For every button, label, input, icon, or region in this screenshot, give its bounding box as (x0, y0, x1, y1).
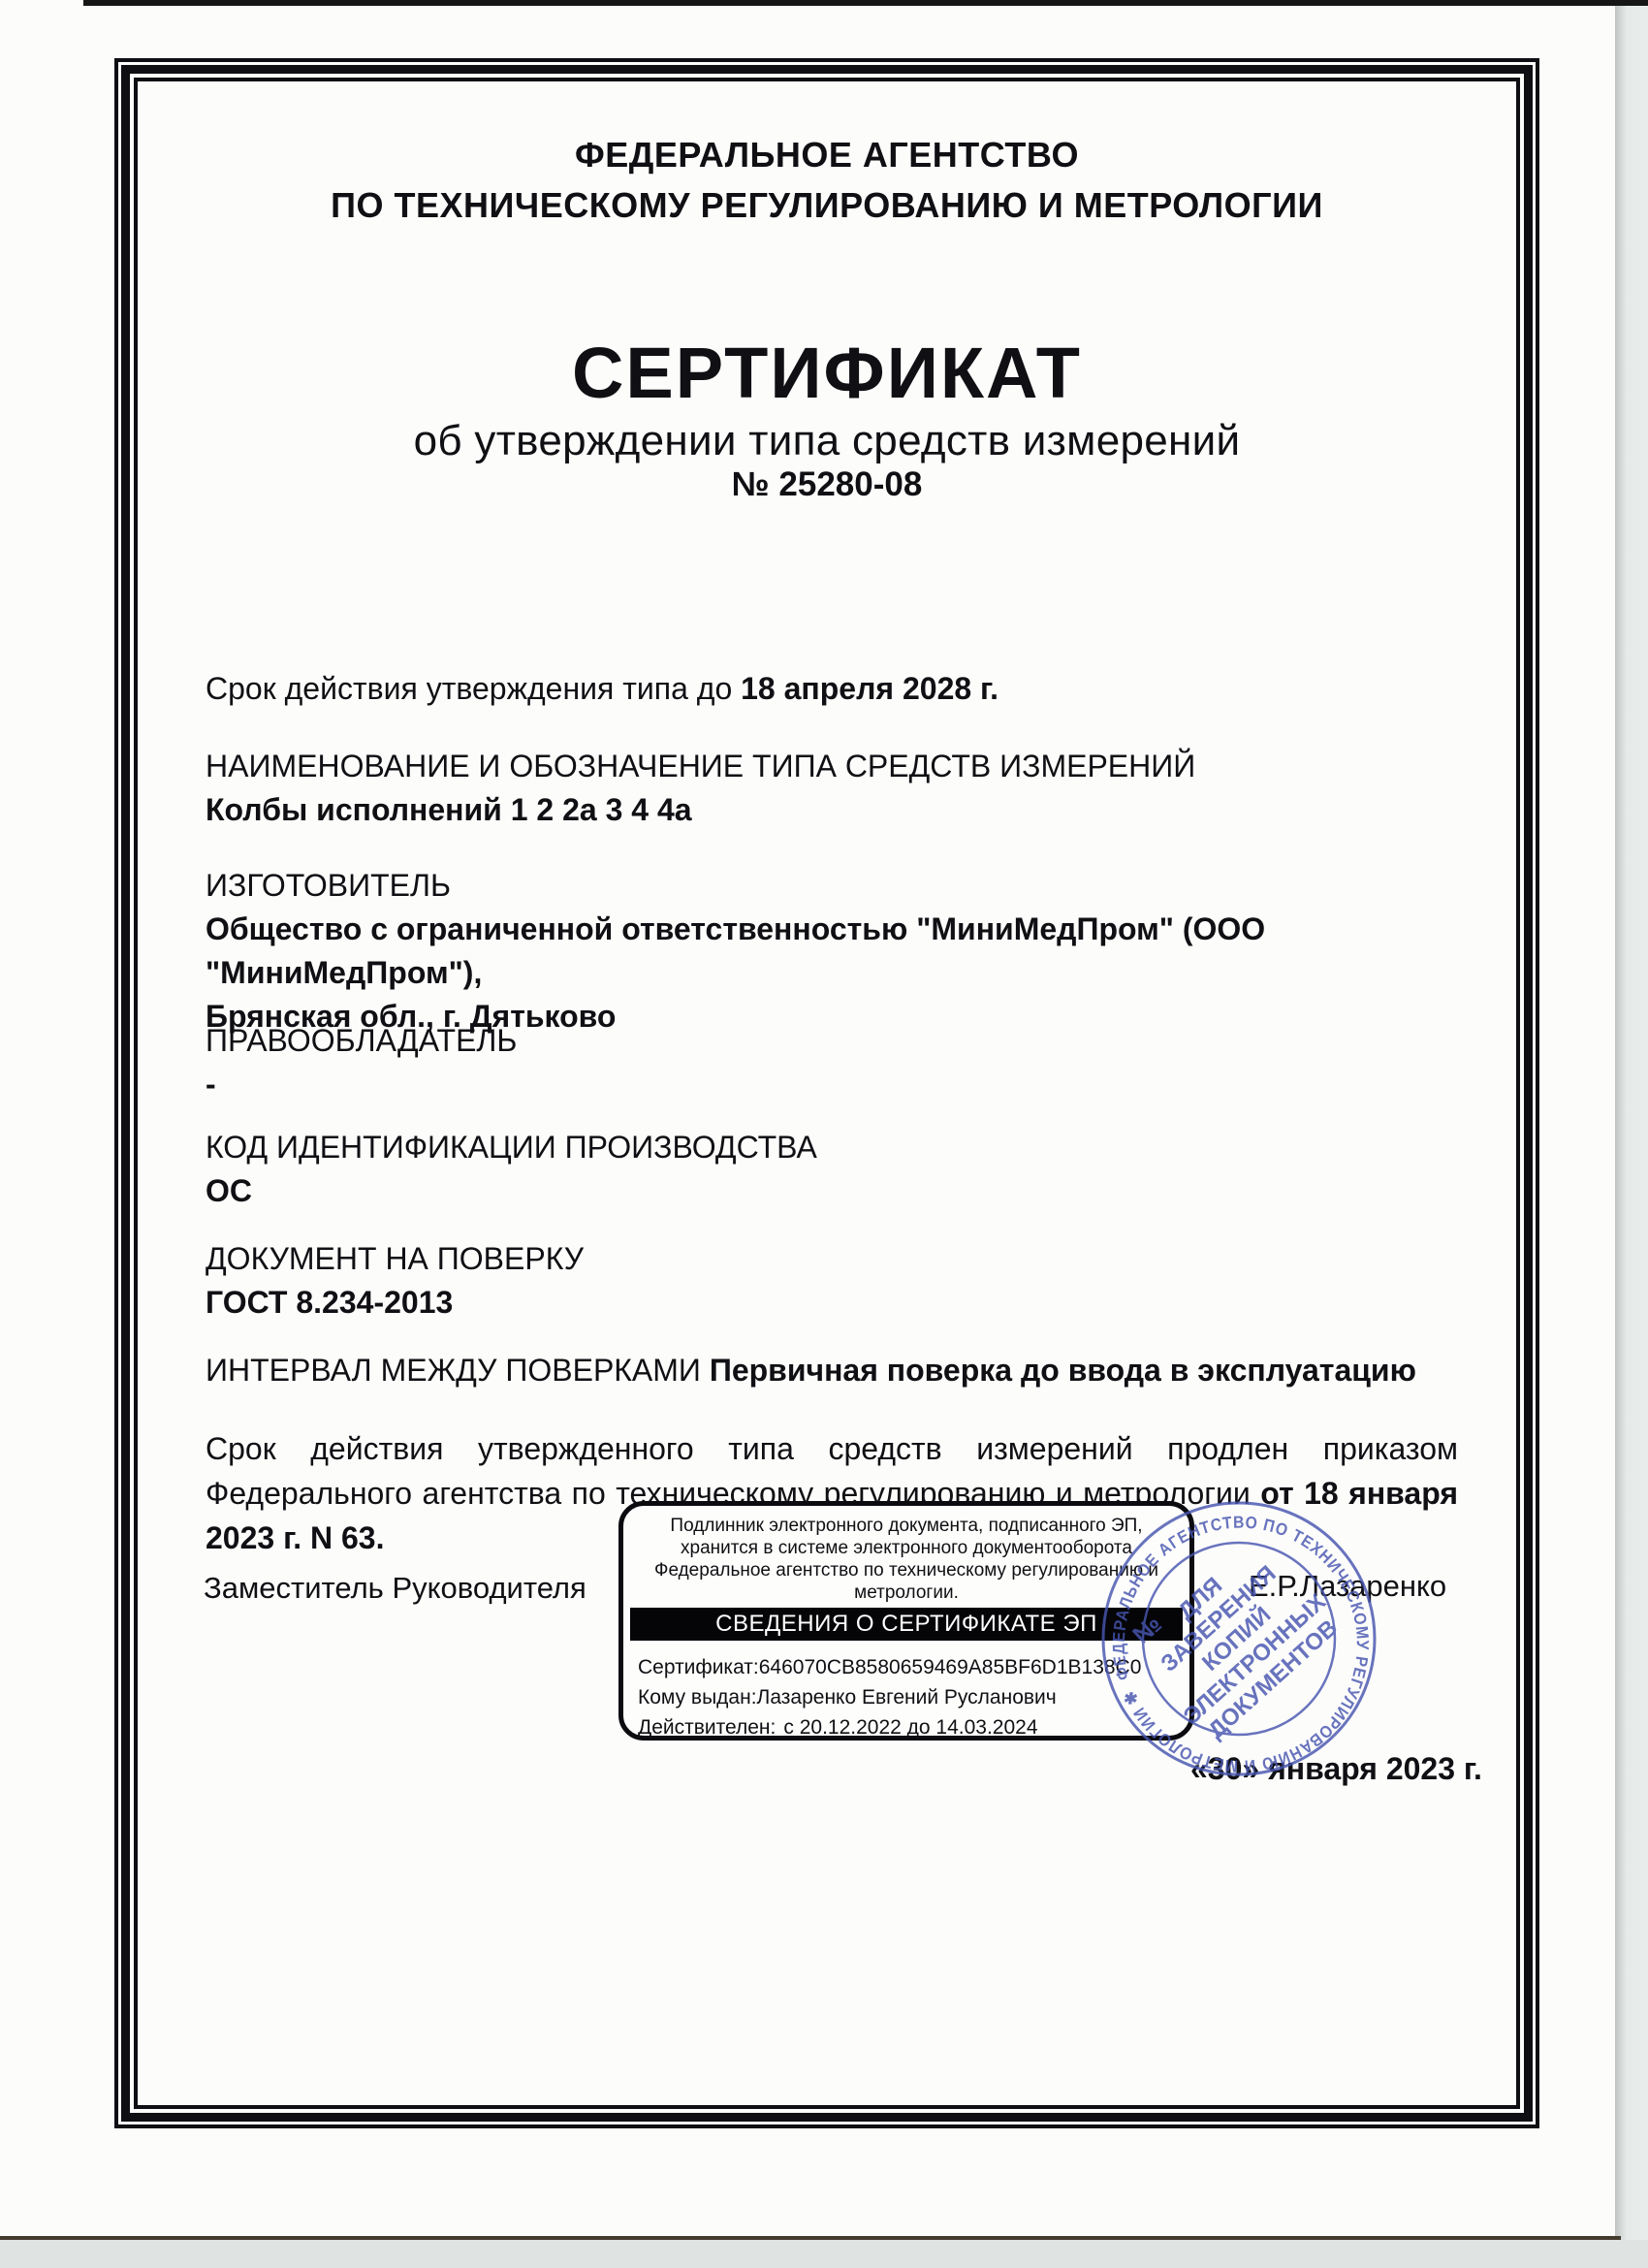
validity-line: Срок действия утверждения типа до 18 апр… (206, 667, 1458, 711)
esign-row-issued-to: Кому выдан:Лазаренко Евгений Русланович (638, 1682, 1189, 1712)
signer-name: Е.Р.Лазаренко (1249, 1569, 1446, 1604)
esignature-notice: Подлинник электронного документа, подпис… (623, 1515, 1189, 1604)
esignature-bar-title: СВЕДЕНИЯ О СЕРТИФИКАТЕ ЭП (630, 1608, 1183, 1641)
section-value: ГОСТ 8.234-2013 (206, 1281, 1458, 1325)
section-label: ИЗГОТОВИТЕЛЬ (206, 864, 1458, 908)
section-type-name: НАИМЕНОВАНИЕ И ОБОЗНАЧЕНИЕ ТИПА СРЕДСТВ … (206, 745, 1458, 832)
validity-label: Срок действия утверждения типа до (206, 671, 732, 706)
scan-artifact-top (83, 0, 1648, 6)
section-value: Колбы исполнений 1 2 2а 3 4 4а (206, 788, 1458, 832)
scanner-background-bottom (0, 2240, 1648, 2268)
section-value: ОС (206, 1169, 1458, 1213)
esign-row-valid: Действителен:с 20.12.2022 до 14.03.2024 (638, 1712, 1189, 1742)
section-verification-document: ДОКУМЕНТ НА ПОВЕРКУ ГОСТ 8.234-2013 (206, 1237, 1458, 1325)
signer-position: Заместитель Руководителя (204, 1571, 586, 1606)
interval-label: ИНТЕРВАЛ МЕЖДУ ПОВЕРКАМИ (206, 1353, 701, 1388)
section-verification-interval: ИНТЕРВАЛ МЕЖДУ ПОВЕРКАМИ Первичная повер… (206, 1349, 1458, 1392)
validity-date: 18 апреля 2028 г. (741, 671, 998, 706)
esignature-details: Сертификат:646070CB8580659469A85BF6D1B13… (623, 1652, 1189, 1742)
signing-date: «30» января 2023 г. (1190, 1751, 1482, 1787)
section-value: - (206, 1063, 1458, 1106)
section-manufacturer: ИЗГОТОВИТЕЛЬ Общество с ограниченной отв… (206, 864, 1458, 1038)
agency-name-line2: ПО ТЕХНИЧЕСКОМУ РЕГУЛИРОВАНИЮ И МЕТРОЛОГ… (114, 180, 1539, 231)
scanner-background-right (1615, 0, 1648, 2240)
document-title: СЕРТИФИКАТ (114, 332, 1539, 414)
section-label: НАИМЕНОВАНИЕ И ОБОЗНАЧЕНИЕ ТИПА СРЕДСТВ … (206, 745, 1458, 788)
agency-header: ФЕДЕРАЛЬНОЕ АГЕНТСТВО ПО ТЕХНИЧЕСКОМУ РЕ… (114, 130, 1539, 231)
agency-name-line1: ФЕДЕРАЛЬНОЕ АГЕНТСТВО (114, 130, 1539, 180)
section-production-code: КОД ИДЕНТИФИКАЦИИ ПРОИЗВОДСТВА ОС (206, 1126, 1458, 1213)
esignature-box: Подлинник электронного документа, подпис… (618, 1501, 1194, 1741)
section-label: КОД ИДЕНТИФИКАЦИИ ПРОИЗВОДСТВА (206, 1126, 1458, 1169)
section-rightholder: ПРАВООБЛАДАТЕЛЬ - (206, 1019, 1458, 1106)
esign-row-certificate: Сертификат:646070CB8580659469A85BF6D1B13… (638, 1652, 1189, 1682)
section-label: ДОКУМЕНТ НА ПОВЕРКУ (206, 1237, 1458, 1281)
certificate-number: № 25280-08 (114, 465, 1539, 504)
document-subtitle: об утверждении типа средств измерений (114, 417, 1539, 465)
section-label: ПРАВООБЛАДАТЕЛЬ (206, 1019, 1458, 1063)
interval-value: Первичная поверка до ввода в эксплуатаци… (710, 1353, 1416, 1388)
